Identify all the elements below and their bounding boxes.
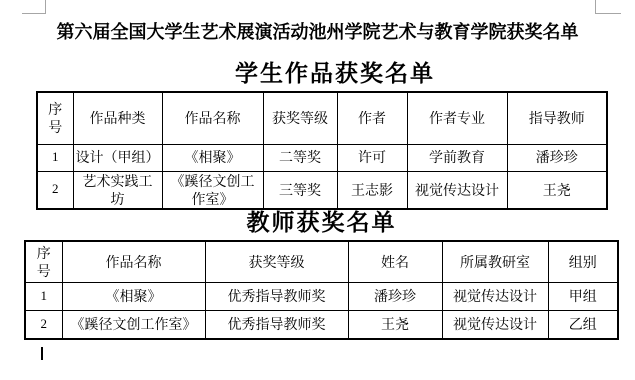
student-awards-table: 序 号 作品种类 作品名称 获奖等级 作者 作者专业 指导教师 1 设计（甲组）…	[36, 91, 608, 210]
table-cell: 1	[25, 282, 62, 310]
table-row: 1 《相聚》 优秀指导教师奖 潘珍珍 视觉传达设计 甲组	[25, 282, 618, 310]
table-cell: 视觉传达设计	[407, 171, 507, 209]
table-cell: 潘珍珍	[507, 144, 607, 171]
document-page[interactable]: 第六届全国大学生艺术展演活动池州学院艺术与教育学院获奖名单 学生作品获奖名单 序…	[0, 0, 635, 380]
table-cell: 设计（甲组）	[73, 144, 162, 171]
table-cell: 《蹊径文创工 作室》	[162, 171, 263, 209]
column-header-award-level: 获奖等级	[263, 92, 337, 144]
column-header-group: 组别	[548, 241, 618, 282]
table-cell: 优秀指导教师奖	[205, 282, 348, 310]
table-cell: 艺术实践工 坊	[73, 171, 162, 209]
text-cursor	[41, 347, 43, 360]
column-header-work-type: 作品种类	[73, 92, 162, 144]
table-cell: 视觉传达设计	[442, 310, 548, 339]
table-cell: 2	[37, 171, 73, 209]
table-row: 2 艺术实践工 坊 《蹊径文创工 作室》 三等奖 王志影 视觉传达设计 王尧	[37, 171, 607, 209]
column-header-author-major: 作者专业	[407, 92, 507, 144]
table-cell: 二等奖	[263, 144, 337, 171]
table-cell: 《蹊径文创工作室》	[62, 310, 205, 339]
table-cell: 许可	[337, 144, 407, 171]
student-section-title: 学生作品获奖名单	[40, 60, 630, 88]
table-cell: 王志影	[337, 171, 407, 209]
column-header-seq: 序 号	[37, 92, 73, 144]
column-header-advisor: 指导教师	[507, 92, 607, 144]
table-cell: 学前教育	[407, 144, 507, 171]
column-header-name: 姓名	[348, 241, 442, 282]
table-cell: 2	[25, 310, 62, 339]
table-header-row: 序 号 作品种类 作品名称 获奖等级 作者 作者专业 指导教师	[37, 92, 607, 144]
column-header-award-level: 获奖等级	[205, 241, 348, 282]
column-header-teaching-office: 所属教研室	[442, 241, 548, 282]
table-row: 1 设计（甲组） 《相聚》 二等奖 许可 学前教育 潘珍珍	[37, 144, 607, 171]
table-cell: 优秀指导教师奖	[205, 310, 348, 339]
column-header-work-name: 作品名称	[162, 92, 263, 144]
table-header-row: 序 号 作品名称 获奖等级 姓名 所属教研室 组别	[25, 241, 618, 282]
table-cell: 《相聚》	[62, 282, 205, 310]
column-header-seq: 序 号	[25, 241, 62, 282]
table-cell: 王尧	[507, 171, 607, 209]
margin-crop-mark-top-left	[22, 0, 46, 14]
teacher-awards-table: 序 号 作品名称 获奖等级 姓名 所属教研室 组别 1 《相聚》 优秀指导教师奖…	[24, 240, 619, 340]
column-header-author: 作者	[337, 92, 407, 144]
table-row: 2 《蹊径文创工作室》 优秀指导教师奖 王尧 视觉传达设计 乙组	[25, 310, 618, 339]
table-cell: 王尧	[348, 310, 442, 339]
column-header-work-name: 作品名称	[62, 241, 205, 282]
table-cell: 潘珍珍	[348, 282, 442, 310]
table-cell: 视觉传达设计	[442, 282, 548, 310]
table-cell: 甲组	[548, 282, 618, 310]
document-title: 第六届全国大学生艺术展演活动池州学院艺术与教育学院获奖名单	[0, 20, 635, 45]
table-cell: 《相聚》	[162, 144, 263, 171]
table-cell: 三等奖	[263, 171, 337, 209]
teacher-section-title: 教师获奖名单	[25, 209, 618, 237]
table-cell: 乙组	[548, 310, 618, 339]
table-cell: 1	[37, 144, 73, 171]
margin-crop-mark-top-right	[595, 0, 621, 14]
